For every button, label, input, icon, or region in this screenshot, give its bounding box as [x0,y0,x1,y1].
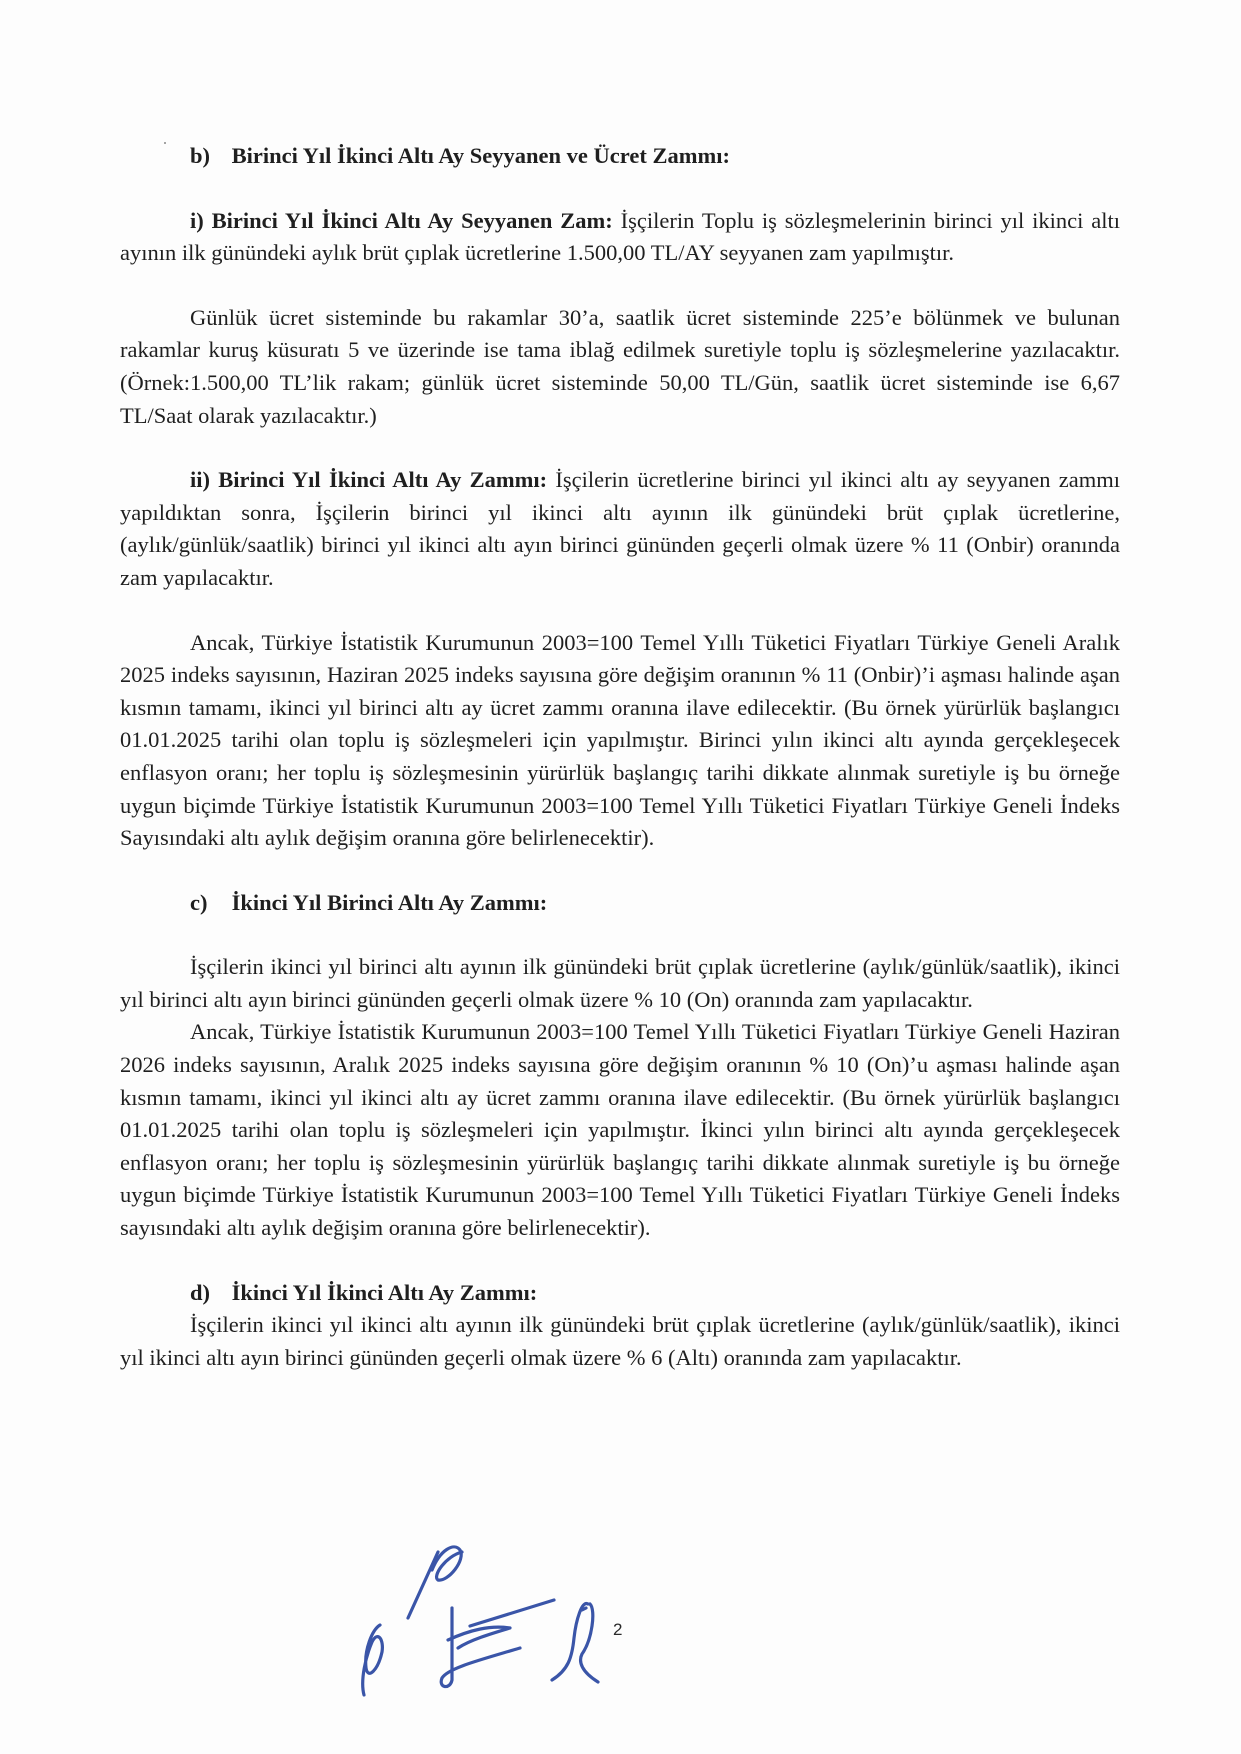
section-b-i-lead: i) Birinci Yıl İkinci Altı Ay Seyyanen Z… [190,208,613,233]
document-page: b) Birinci Yıl İkinci Altı Ay Seyyanen v… [0,0,1241,1754]
section-c-paragraph: İşçilerin ikinci yıl birinci altı ayının… [120,951,1120,1016]
section-d-title: İkinci Yıl İkinci Altı Ay Zammı: [232,1280,538,1305]
section-b-i-paragraph: i) Birinci Yıl İkinci Altı Ay Seyyanen Z… [120,205,1120,270]
section-b-title: Birinci Yıl İkinci Altı Ay Seyyanen ve Ü… [232,143,730,168]
page-number: 2 [613,1620,622,1640]
signature-strokes [363,1547,598,1695]
handwritten-signatures [320,1530,620,1700]
section-c-condition: Ancak, Türkiye İstatistik Kurumunun 2003… [120,1016,1120,1244]
section-b-ii-condition: Ancak, Türkiye İstatistik Kurumunun 2003… [120,627,1120,855]
section-d-heading: d) İkinci Yıl İkinci Altı Ay Zammı: [120,1277,1120,1310]
document-body: b) Birinci Yıl İkinci Altı Ay Seyyanen v… [120,140,1120,1374]
section-c-title: İkinci Yıl Birinci Altı Ay Zammı: [232,890,548,915]
section-b-label: b) [190,140,226,173]
section-d-paragraph: İşçilerin ikinci yıl ikinci altı ayının … [120,1309,1120,1374]
daily-hourly-note: Günlük ücret sisteminde bu rakamlar 30’a… [120,302,1120,432]
section-c-heading: c) İkinci Yıl Birinci Altı Ay Zammı: [120,887,1120,920]
section-b-ii-lead: ii) Birinci Yıl İkinci Altı Ay Zammı: [190,467,547,492]
section-d-label: d) [190,1277,226,1310]
section-c-label: c) [190,887,226,920]
section-b-ii-paragraph: ii) Birinci Yıl İkinci Altı Ay Zammı: İş… [120,464,1120,594]
section-b-heading: b) Birinci Yıl İkinci Altı Ay Seyyanen v… [120,140,1120,173]
